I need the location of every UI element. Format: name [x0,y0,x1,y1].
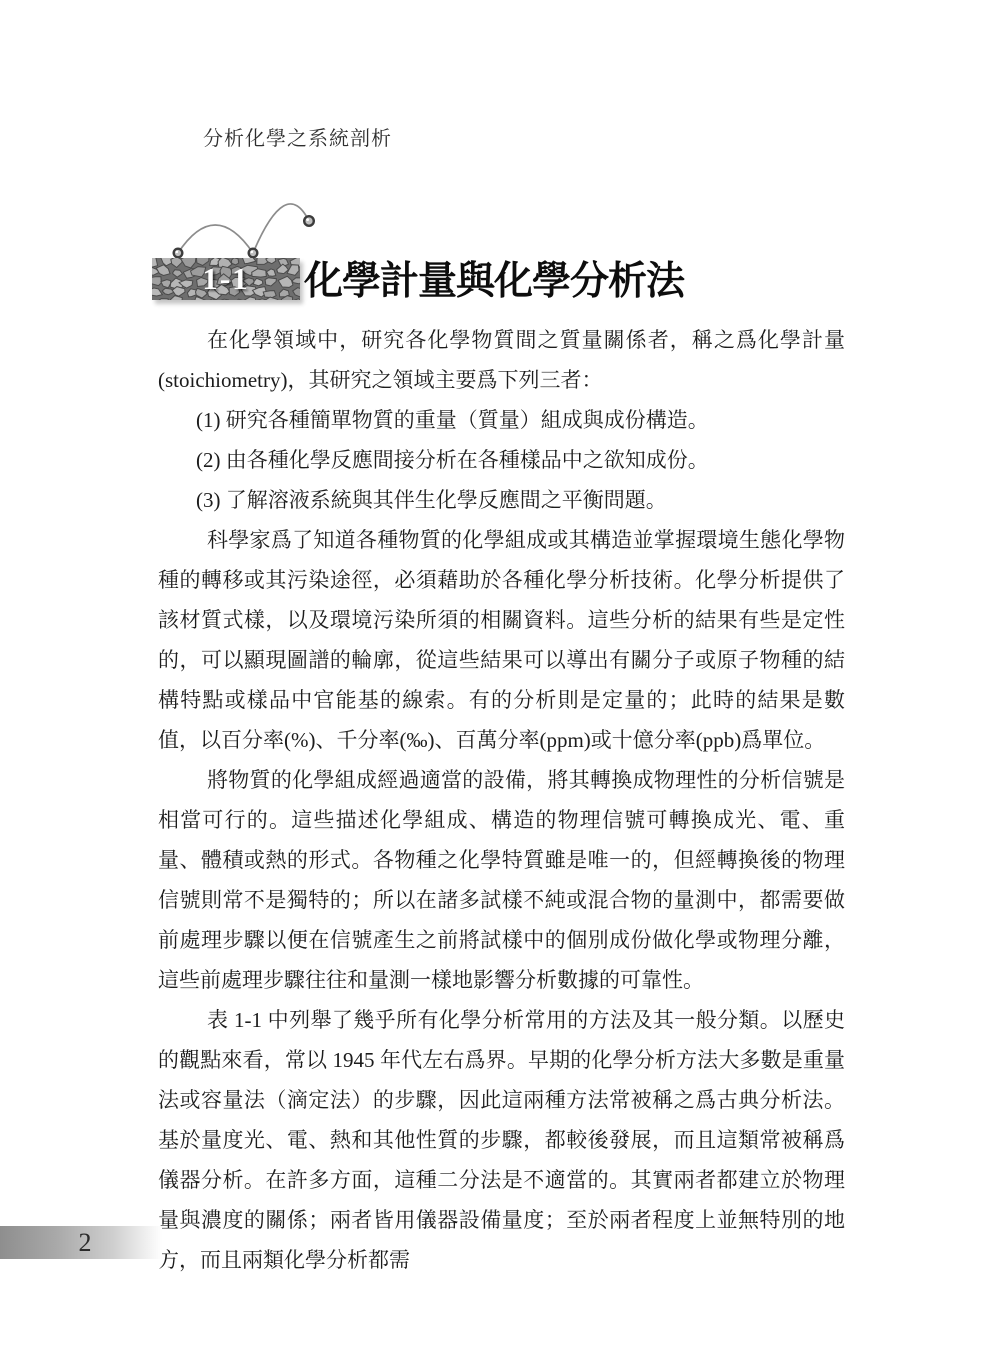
page-number-bar: 2 [0,1226,162,1259]
list-item-1: (1) 研究各種簡單物質的重量（質量）組成與成份構造。 [196,400,845,440]
paragraph-intro: 在化學領域中，研究各化學物質間之質量關係者，稱之爲化學計量(stoichiome… [158,320,845,400]
page-number: 2 [60,1226,110,1259]
section-title: 化學計量與化學分析法 [304,250,684,306]
deco-dot [304,216,314,226]
body-text-column: 在化學領域中，研究各化學物質間之質量關係者，稱之爲化學計量(stoichiome… [158,320,845,1280]
list-item-3: (3) 了解溶液系統與其伴生化學反應間之平衡問題。 [196,480,845,520]
section-number-box: 1-1 [152,258,300,300]
paragraph-signals: 將物質的化學組成經過適當的設備，將其轉換成物理性的分析信號是相當可行的。這些描述… [158,760,845,1000]
book-page: 分析化學之系統剖析 1-1 化學計量與化學分析法 在化學領域中，研究各化學物質間… [0,0,1000,1353]
section-number: 1-1 [152,258,300,300]
deco-dot [174,249,183,258]
list-item-2: (2) 由各種化學反應間接分析在各種樣品中之欲知成份。 [196,440,845,480]
deco-dot [249,249,258,258]
scope-list: (1) 研究各種簡單物質的重量（質量）組成與成份構造。 (2) 由各種化學反應間… [158,400,845,520]
paragraph-analysis-overview: 科學家爲了知道各種物質的化學組成或其構造並掌握環境生態化學物種的轉移或其污染途徑… [158,520,845,760]
paragraph-classification: 表 1-1 中列舉了幾乎所有化學分析常用的方法及其一般分類。以歷史的觀點來看，常… [158,1000,845,1280]
running-header: 分析化學之系統剖析 [203,122,392,151]
